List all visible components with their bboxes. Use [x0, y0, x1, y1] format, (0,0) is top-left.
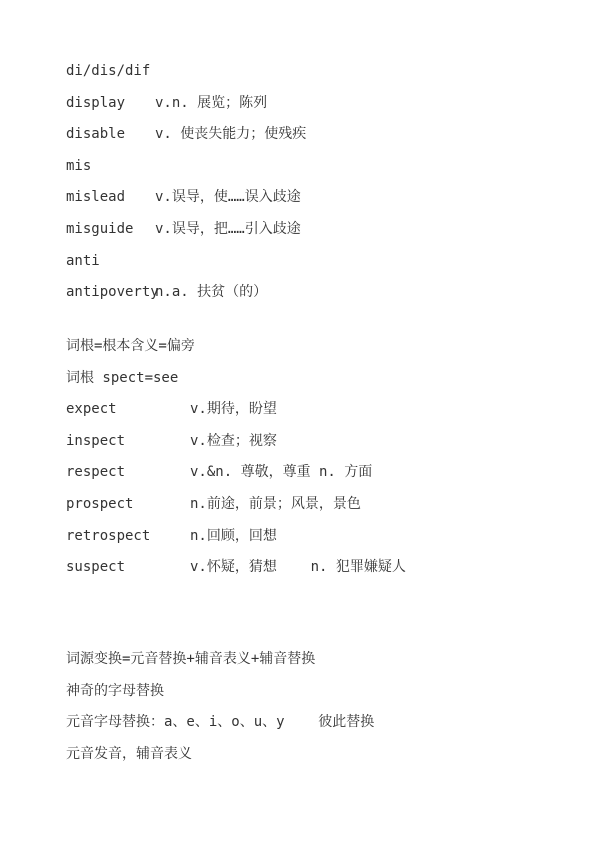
- term: inspect: [66, 426, 125, 458]
- definition: n.a. 扶贫（的）: [155, 277, 267, 309]
- text-line: inspectv.检查；视察: [0, 426, 596, 458]
- definition: v.怀疑，猜想 n. 犯罪嫌疑人: [190, 552, 406, 584]
- definition: v.检查；视察: [190, 426, 277, 458]
- definition: v. 使丧失能力；使残疾: [155, 119, 306, 151]
- term: expect: [66, 394, 117, 426]
- text-line: misleadv.误导，使……误入歧途: [0, 182, 596, 214]
- definition: v.&n. 尊敬，尊重 n. 方面: [190, 457, 372, 489]
- term: 神奇的字母替换: [66, 676, 164, 708]
- section-prefix-notes: di/dis/difdisplayv.n. 展览；陈列disablev. 使丧失…: [0, 56, 596, 309]
- section-root-spect-notes: 词根=根本含义=偏旁词根 spect=seeexpectv.期待，盼望inspe…: [0, 331, 596, 584]
- text-line: 神奇的字母替换: [0, 676, 596, 708]
- term: 词根=根本含义=偏旁: [66, 331, 195, 363]
- term: mis: [66, 151, 91, 183]
- term: respect: [66, 457, 125, 489]
- definition: v.误导，使……误入歧途: [155, 182, 301, 214]
- text-line: misguidev.误导，把……引入歧途: [0, 214, 596, 246]
- text-line: 词根=根本含义=偏旁: [0, 331, 596, 363]
- text-line: mis: [0, 151, 596, 183]
- term: suspect: [66, 552, 125, 584]
- text-line: retrospectn.回顾，回想: [0, 521, 596, 553]
- term: di/dis/dif: [66, 56, 150, 88]
- definition: v.期待，盼望: [190, 394, 277, 426]
- text-line: 词根 spect=see: [0, 363, 596, 395]
- text-line: antipovertyn.a. 扶贫（的）: [0, 277, 596, 309]
- definition: n.前途，前景；风景，景色: [190, 489, 361, 521]
- term: prospect: [66, 489, 133, 521]
- text-line: di/dis/dif: [0, 56, 596, 88]
- section-etymology-notes: 词源变换=元音替换+辅音表义+辅音替换神奇的字母替换元音字母替换：a、e、i、o…: [0, 644, 596, 770]
- text-line: 词源变换=元音替换+辅音表义+辅音替换: [0, 644, 596, 676]
- text-line: 元音发音，辅音表义: [0, 739, 596, 771]
- text-line: respectv.&n. 尊敬，尊重 n. 方面: [0, 457, 596, 489]
- definition: v.n. 展览；陈列: [155, 88, 267, 120]
- term: antipoverty: [66, 277, 159, 309]
- text-line: expectv.期待，盼望: [0, 394, 596, 426]
- term: 元音字母替换：a、e、i、o、u、y 彼此替换: [66, 707, 374, 739]
- term: 词根 spect=see: [66, 363, 178, 395]
- text-line: prospectn.前途，前景；风景，景色: [0, 489, 596, 521]
- definition: n.回顾，回想: [190, 521, 277, 553]
- term: disable: [66, 119, 125, 151]
- text-line: anti: [0, 246, 596, 278]
- term: display: [66, 88, 125, 120]
- term: misguide: [66, 214, 133, 246]
- term: anti: [66, 246, 100, 278]
- term: 词源变换=元音替换+辅音表义+辅音替换: [66, 644, 315, 676]
- text-line: 元音字母替换：a、e、i、o、u、y 彼此替换: [0, 707, 596, 739]
- definition: v.误导，把……引入歧途: [155, 214, 301, 246]
- term: retrospect: [66, 521, 150, 553]
- term: 元音发音，辅音表义: [66, 739, 192, 771]
- document-page: di/dis/difdisplayv.n. 展览；陈列disablev. 使丧失…: [0, 0, 596, 842]
- text-line: displayv.n. 展览；陈列: [0, 88, 596, 120]
- text-line: disablev. 使丧失能力；使残疾: [0, 119, 596, 151]
- text-line: suspectv.怀疑，猜想 n. 犯罪嫌疑人: [0, 552, 596, 584]
- term: mislead: [66, 182, 125, 214]
